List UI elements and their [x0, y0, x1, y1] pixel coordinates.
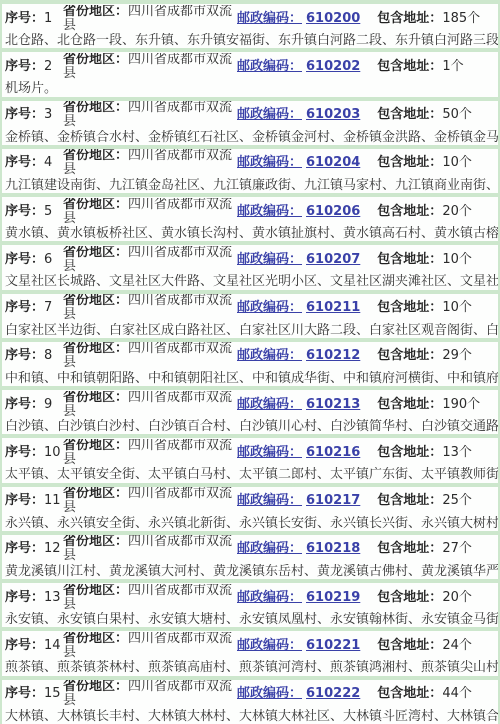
record-header: 序号：9 省份地区：四川省成都市双流县 邮政编码：610213 包含地址：190… — [5, 390, 498, 419]
count-label: 包含地址： — [377, 204, 442, 219]
record-header: 序号：12 省份地区：四川省成都市双流县 邮政编码：610218 包含地址：27… — [5, 535, 498, 564]
zip-cell: 邮政编码：610219 — [235, 591, 360, 605]
zip-label: 邮政编码： — [237, 155, 302, 170]
region-cell: 省份地区：四川省成都市双流县 — [63, 53, 235, 81]
record-row: 序号：9 省份地区：四川省成都市双流县 邮政编码：610213 包含地址：190… — [2, 390, 498, 434]
region-cell: 省份地区：四川省成都市双流县 — [63, 535, 235, 563]
zip-label: 邮政编码： — [237, 107, 302, 122]
zip-label: 邮政编码： — [237, 493, 302, 508]
address-list: 文星社区长城路、文星社区大件路、文星社区光明小区、文星社区湖夹滩社区、文星社 — [5, 274, 498, 289]
count-label: 包含地址： — [377, 107, 442, 122]
address-list: 永兴镇、永兴镇安全街、永兴镇北新街、永兴镇长安街、永兴镇长兴街、永兴镇大树村 — [5, 516, 498, 531]
count-label: 包含地址： — [377, 397, 442, 412]
zip-cell: 邮政编码：610202 — [235, 60, 360, 74]
record-header: 序号：8 省份地区：四川省成都市双流县 邮政编码：610212 包含地址：29个 — [5, 342, 498, 371]
record-row: 序号：2 省份地区：四川省成都市双流县 邮政编码：610202 包含地址：1个 … — [2, 52, 498, 96]
record-row: 序号：10 省份地区：四川省成都市双流县 邮政编码：610216 包含地址：13… — [2, 438, 498, 482]
serial-value: 6 — [44, 252, 52, 267]
serial-value: 5 — [44, 204, 52, 219]
zip-cell: 邮政编码：610216 — [235, 446, 360, 460]
count-cell: 包含地址：27个 — [360, 542, 498, 556]
record-header: 序号：11 省份地区：四川省成都市双流县 邮政编码：610217 包含地址：25… — [5, 487, 498, 516]
postal-code-link[interactable]: 邮政编码：610221 — [237, 638, 360, 653]
zip-value: 610203 — [302, 107, 360, 122]
address-list: 煎茶镇、煎茶镇茶林村、煎茶镇高庙村、煎茶镇河湾村、煎茶镇鸿湘村、煎茶镇尖山村 — [5, 660, 498, 675]
region-cell: 省份地区：四川省成都市双流县 — [63, 680, 235, 708]
serial-cell: 序号：15 — [5, 687, 63, 701]
serial-label: 序号： — [5, 59, 44, 74]
zip-label: 邮政编码： — [237, 59, 302, 74]
postal-code-link[interactable]: 邮政编码：610206 — [237, 204, 360, 219]
zip-cell: 邮政编码：610206 — [235, 205, 360, 219]
serial-label: 序号： — [5, 252, 44, 267]
postal-code-link[interactable]: 邮政编码：610211 — [237, 300, 360, 315]
record-row: 序号：15 省份地区：四川省成都市双流县 邮政编码：610222 包含地址：44… — [2, 680, 498, 724]
count-label: 包含地址： — [377, 59, 442, 74]
zip-label: 邮政编码： — [237, 348, 302, 363]
count-cell: 包含地址：13个 — [360, 446, 498, 460]
zip-value: 610211 — [302, 300, 360, 315]
postal-code-link[interactable]: 邮政编码：610222 — [237, 686, 360, 701]
record-row: 序号：11 省份地区：四川省成都市双流县 邮政编码：610217 包含地址：25… — [2, 487, 498, 531]
count-value: 20个 — [442, 204, 472, 219]
count-label: 包含地址： — [377, 445, 442, 460]
serial-value: 8 — [44, 348, 52, 363]
count-label: 包含地址： — [377, 686, 442, 701]
serial-label: 序号： — [5, 107, 44, 122]
serial-value: 9 — [44, 397, 52, 412]
serial-label: 序号： — [5, 541, 44, 556]
postal-code-link[interactable]: 邮政编码：610200 — [237, 11, 360, 26]
zip-value: 610217 — [302, 493, 360, 508]
serial-label: 序号： — [5, 155, 44, 170]
address-list: 黄龙溪镇川江村、黄龙溪镇大河村、黄龙溪镇东岳村、黄龙溪镇古佛村、黄龙溪镇华严 — [5, 564, 498, 579]
serial-cell: 序号：2 — [5, 60, 63, 74]
serial-value: 13 — [44, 590, 61, 605]
serial-label: 序号： — [5, 397, 44, 412]
serial-value: 7 — [44, 300, 52, 315]
region-cell: 省份地区：四川省成都市双流县 — [63, 584, 235, 612]
serial-label: 序号： — [5, 348, 44, 363]
zip-value: 610204 — [302, 155, 360, 170]
postal-code-list: 序号：1 省份地区：四川省成都市双流县 邮政编码：610200 包含地址：185… — [0, 0, 500, 724]
record-row: 序号：13 省份地区：四川省成都市双流县 邮政编码：610219 包含地址：20… — [2, 583, 498, 627]
address-list: 九江镇建设南街、九江镇金岛社区、九江镇廉政街、九江镇马家村、九江镇商业南街、 — [5, 178, 498, 193]
zip-label: 邮政编码： — [237, 252, 302, 267]
count-value: 24个 — [442, 638, 472, 653]
address-list: 金桥镇、金桥镇合水村、金桥镇红石社区、金桥镇金河村、金桥镇金洪路、金桥镇金马 — [5, 130, 498, 145]
record-header: 序号：6 省份地区：四川省成都市双流县 邮政编码：610207 包含地址：10个 — [5, 245, 498, 274]
region-cell: 省份地区：四川省成都市双流县 — [63, 198, 235, 226]
zip-cell: 邮政编码：610222 — [235, 687, 360, 701]
zip-value: 610202 — [302, 59, 360, 74]
record-row: 序号：12 省份地区：四川省成都市双流县 邮政编码：610218 包含地址：27… — [2, 535, 498, 579]
serial-cell: 序号：7 — [5, 301, 63, 315]
region-label: 省份地区： — [63, 391, 128, 405]
serial-label: 序号： — [5, 204, 44, 219]
serial-label: 序号： — [5, 590, 44, 605]
record-header: 序号：5 省份地区：四川省成都市双流县 邮政编码：610206 包含地址：20个 — [5, 197, 498, 226]
region-cell: 省份地区：四川省成都市双流县 — [63, 5, 235, 33]
count-label: 包含地址： — [377, 11, 442, 26]
count-cell: 包含地址：50个 — [360, 108, 498, 122]
region-cell: 省份地区：四川省成都市双流县 — [63, 342, 235, 370]
count-cell: 包含地址：29个 — [360, 349, 498, 363]
count-value: 27个 — [442, 541, 472, 556]
serial-label: 序号： — [5, 638, 44, 653]
region-label: 省份地区： — [63, 246, 128, 260]
record-row: 序号：3 省份地区：四川省成都市双流县 邮政编码：610203 包含地址：50个… — [2, 101, 498, 145]
postal-code-link[interactable]: 邮政编码：610218 — [237, 541, 360, 556]
postal-code-link[interactable]: 邮政编码：610219 — [237, 590, 360, 605]
count-cell: 包含地址：24个 — [360, 639, 498, 653]
region-label: 省份地区： — [63, 342, 128, 356]
serial-label: 序号： — [5, 445, 44, 460]
record-header: 序号：10 省份地区：四川省成都市双流县 邮政编码：610216 包含地址：13… — [5, 438, 498, 467]
serial-value: 12 — [44, 541, 61, 556]
zip-value: 610207 — [302, 252, 360, 267]
zip-cell: 邮政编码：610212 — [235, 349, 360, 363]
region-label: 省份地区： — [63, 680, 128, 694]
count-label: 包含地址： — [377, 590, 442, 605]
postal-code-link[interactable]: 邮政编码：610212 — [237, 348, 360, 363]
region-label: 省份地区： — [63, 101, 128, 115]
address-list: 黄水镇、黄水镇板桥社区、黄水镇长沟村、黄水镇扯旗村、黄水镇高石村、黄水镇古榕 — [5, 226, 498, 241]
address-list: 永安镇、永安镇白果村、永安镇大塘村、永安镇凤凰村、永安镇翰林街、永安镇金马街 — [5, 612, 498, 627]
count-cell: 包含地址：44个 — [360, 687, 498, 701]
region-label: 省份地区： — [63, 632, 128, 646]
serial-cell: 序号：8 — [5, 349, 63, 363]
record-header: 序号：1 省份地区：四川省成都市双流县 邮政编码：610200 包含地址：185… — [5, 4, 498, 33]
record-header: 序号：14 省份地区：四川省成都市双流县 邮政编码：610221 包含地址：24… — [5, 631, 498, 660]
serial-value: 14 — [44, 638, 61, 653]
record-row: 序号：5 省份地区：四川省成都市双流县 邮政编码：610206 包含地址：20个… — [2, 197, 498, 241]
zip-value: 610222 — [302, 686, 360, 701]
region-cell: 省份地区：四川省成都市双流县 — [63, 632, 235, 660]
record-row: 序号：7 省份地区：四川省成都市双流县 邮政编码：610211 包含地址：10个… — [2, 294, 498, 338]
serial-cell: 序号：9 — [5, 398, 63, 412]
record-row: 序号：1 省份地区：四川省成都市双流县 邮政编码：610200 包含地址：185… — [2, 4, 498, 48]
region-label: 省份地区： — [63, 584, 128, 598]
serial-cell: 序号：3 — [5, 108, 63, 122]
zip-cell: 邮政编码：610207 — [235, 253, 360, 267]
serial-cell: 序号：4 — [5, 156, 63, 170]
postal-code-link[interactable]: 邮政编码：610203 — [237, 107, 360, 122]
zip-label: 邮政编码： — [237, 638, 302, 653]
record-row: 序号：6 省份地区：四川省成都市双流县 邮政编码：610207 包含地址：10个… — [2, 245, 498, 289]
serial-value: 3 — [44, 107, 52, 122]
region-cell: 省份地区：四川省成都市双流县 — [63, 391, 235, 419]
count-cell: 包含地址：20个 — [360, 205, 498, 219]
region-cell: 省份地区：四川省成都市双流县 — [63, 487, 235, 515]
zip-value: 610218 — [302, 541, 360, 556]
zip-cell: 邮政编码：610200 — [235, 12, 360, 26]
address-list: 太平镇、太平镇安全街、太平镇白马村、太平镇二郎村、太平镇广东街、太平镇教师街 — [5, 467, 498, 482]
region-cell: 省份地区：四川省成都市双流县 — [63, 101, 235, 129]
count-value: 20个 — [442, 590, 472, 605]
count-value: 29个 — [442, 348, 472, 363]
serial-label: 序号： — [5, 300, 44, 315]
region-cell: 省份地区：四川省成都市双流县 — [63, 246, 235, 274]
count-label: 包含地址： — [377, 348, 442, 363]
region-cell: 省份地区：四川省成都市双流县 — [63, 149, 235, 177]
region-label: 省份地区： — [63, 487, 128, 501]
address-list: 北仓路、北仓路一段、东升镇、东升镇安福街、东升镇白河路二段、东升镇白河路三段 — [5, 33, 498, 48]
zip-label: 邮政编码： — [237, 397, 302, 412]
count-cell: 包含地址：25个 — [360, 494, 498, 508]
record-header: 序号：2 省份地区：四川省成都市双流县 邮政编码：610202 包含地址：1个 — [5, 52, 498, 81]
serial-value: 2 — [44, 59, 52, 74]
count-cell: 包含地址：1个 — [360, 60, 498, 74]
serial-cell: 序号：14 — [5, 639, 63, 653]
zip-cell: 邮政编码：610218 — [235, 542, 360, 556]
record-header: 序号：4 省份地区：四川省成都市双流县 邮政编码：610204 包含地址：10个 — [5, 149, 498, 178]
region-label: 省份地区： — [63, 149, 128, 163]
zip-label: 邮政编码： — [237, 590, 302, 605]
postal-code-link[interactable]: 邮政编码：610207 — [237, 252, 360, 267]
count-cell: 包含地址：10个 — [360, 156, 498, 170]
count-label: 包含地址： — [377, 155, 442, 170]
zip-value: 610206 — [302, 204, 360, 219]
postal-code-link[interactable]: 邮政编码：610217 — [237, 493, 360, 508]
zip-label: 邮政编码： — [237, 300, 302, 315]
postal-code-link[interactable]: 邮政编码：610213 — [237, 397, 360, 412]
region-label: 省份地区： — [63, 5, 128, 19]
record-header: 序号：13 省份地区：四川省成都市双流县 邮政编码：610219 包含地址：20… — [5, 583, 498, 612]
count-value: 10个 — [442, 300, 472, 315]
serial-label: 序号： — [5, 686, 44, 701]
region-label: 省份地区： — [63, 439, 128, 453]
count-value: 190个 — [442, 397, 480, 412]
zip-label: 邮政编码： — [237, 11, 302, 26]
record-header: 序号：15 省份地区：四川省成都市双流县 邮政编码：610222 包含地址：44… — [5, 680, 498, 709]
serial-cell: 序号：10 — [5, 446, 63, 460]
region-cell: 省份地区：四川省成都市双流县 — [63, 439, 235, 467]
zip-label: 邮政编码： — [237, 204, 302, 219]
zip-label: 邮政编码： — [237, 686, 302, 701]
serial-label: 序号： — [5, 493, 44, 508]
address-list: 白家社区半边街、白家社区成白路社区、白家社区川大路二段、白家社区观音阁街、白 — [5, 323, 498, 338]
record-row: 序号：8 省份地区：四川省成都市双流县 邮政编码：610212 包含地址：29个… — [2, 342, 498, 386]
address-list: 机场片。 — [5, 81, 498, 96]
record-row: 序号：4 省份地区：四川省成都市双流县 邮政编码：610204 包含地址：10个… — [2, 149, 498, 193]
serial-value: 4 — [44, 155, 52, 170]
count-cell: 包含地址：185个 — [360, 12, 498, 26]
zip-cell: 邮政编码：610221 — [235, 639, 360, 653]
zip-cell: 邮政编码：610204 — [235, 156, 360, 170]
zip-value: 610219 — [302, 590, 360, 605]
serial-cell: 序号：12 — [5, 542, 63, 556]
count-label: 包含地址： — [377, 638, 442, 653]
zip-value: 610221 — [302, 638, 360, 653]
serial-value: 15 — [44, 686, 61, 701]
count-cell: 包含地址：10个 — [360, 253, 498, 267]
record-header: 序号：3 省份地区：四川省成都市双流县 邮政编码：610203 包含地址：50个 — [5, 101, 498, 130]
count-value: 10个 — [442, 155, 472, 170]
count-value: 44个 — [442, 686, 472, 701]
serial-cell: 序号：1 — [5, 12, 63, 26]
count-cell: 包含地址：20个 — [360, 591, 498, 605]
zip-cell: 邮政编码：610213 — [235, 398, 360, 412]
zip-value: 610213 — [302, 397, 360, 412]
postal-code-link[interactable]: 邮政编码：610216 — [237, 445, 360, 460]
count-cell: 包含地址：190个 — [360, 398, 498, 412]
zip-cell: 邮政编码：610217 — [235, 494, 360, 508]
region-label: 省份地区： — [63, 294, 128, 308]
serial-value: 10 — [44, 445, 61, 460]
region-label: 省份地区： — [63, 198, 128, 212]
count-label: 包含地址： — [377, 252, 442, 267]
address-list: 中和镇、中和镇朝阳路、中和镇朝阳社区、中和镇成华街、中和镇府河横街、中和镇府 — [5, 371, 498, 386]
zip-label: 邮政编码： — [237, 445, 302, 460]
record-header: 序号：7 省份地区：四川省成都市双流县 邮政编码：610211 包含地址：10个 — [5, 294, 498, 323]
count-value: 25个 — [442, 493, 472, 508]
zip-value: 610200 — [302, 11, 360, 26]
count-cell: 包含地址：10个 — [360, 301, 498, 315]
count-label: 包含地址： — [377, 300, 442, 315]
serial-cell: 序号：6 — [5, 253, 63, 267]
count-value: 10个 — [442, 252, 472, 267]
zip-cell: 邮政编码：610211 — [235, 301, 360, 315]
zip-value: 610216 — [302, 445, 360, 460]
count-label: 包含地址： — [377, 493, 442, 508]
count-value: 185个 — [442, 11, 480, 26]
serial-cell: 序号：13 — [5, 591, 63, 605]
postal-code-link[interactable]: 邮政编码：610204 — [237, 155, 360, 170]
count-value: 50个 — [442, 107, 472, 122]
postal-code-link[interactable]: 邮政编码：610202 — [237, 59, 360, 74]
region-cell: 省份地区：四川省成都市双流县 — [63, 294, 235, 322]
serial-value: 1 — [44, 11, 52, 26]
record-row: 序号：14 省份地区：四川省成都市双流县 邮政编码：610221 包含地址：24… — [2, 631, 498, 675]
address-list: 白沙镇、白沙镇白沙村、白沙镇百合村、白沙镇川心村、白沙镇简华村、白沙镇交通路 — [5, 419, 498, 434]
serial-cell: 序号：5 — [5, 205, 63, 219]
zip-cell: 邮政编码：610203 — [235, 108, 360, 122]
zip-value: 610212 — [302, 348, 360, 363]
count-value: 13个 — [442, 445, 472, 460]
serial-cell: 序号：11 — [5, 494, 63, 508]
address-list: 大林镇、大林镇长丰村、大林镇大林村、大林镇大林社区、大林镇斗匠湾村、大林镇合 — [5, 709, 498, 724]
count-value: 1个 — [442, 59, 463, 74]
serial-value: 11 — [44, 493, 61, 508]
count-label: 包含地址： — [377, 541, 442, 556]
zip-label: 邮政编码： — [237, 541, 302, 556]
serial-label: 序号： — [5, 11, 44, 26]
region-label: 省份地区： — [63, 535, 128, 549]
region-label: 省份地区： — [63, 53, 128, 67]
